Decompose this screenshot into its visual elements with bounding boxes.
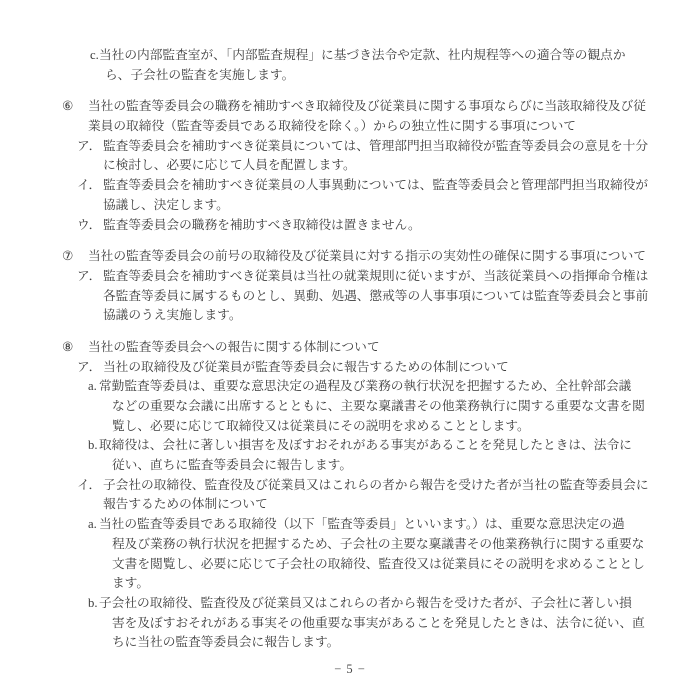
list-marker: a.: [88, 377, 97, 397]
text-line: 覧し、必要に応じて取締役又は従業員にその説明を求めることとします。: [112, 417, 700, 437]
paragraph-section-7: ⑦当社の監査等委員会の前号の取締役及び従業員に対する指示の実効性の確保に関する事…: [0, 247, 700, 267]
list-marker: ウ．: [77, 216, 101, 236]
paragraph-section-6-a: ア．監査等委員会を補助すべき従業員については、管理部門担当取締役が監査等委員会の…: [0, 137, 700, 176]
text-line: 協議し、決定します。: [103, 196, 700, 216]
page-number: − 5 −: [334, 662, 366, 676]
text-line: 協議のうえ実施します。: [103, 306, 700, 326]
text-line: 監査等委員会を補助すべき従業員については、管理部門担当取締役が監査等委員会の意見…: [103, 137, 700, 157]
text-line: に検討し、必要に応じて人員を配置します。: [103, 156, 700, 176]
page-footer: − 5 −: [0, 662, 700, 677]
text-line: 当社の監査等委員会の前号の取締役及び従業員に対する指示の実効性の確保に関する事項…: [88, 247, 700, 267]
text-line: 各監査等委員に属するものとし、異動、処遇、懲戒等の人事事項については監査等委員会…: [103, 287, 700, 307]
list-marker: イ．: [77, 176, 101, 196]
paragraph-section-6-i: イ．監査等委員会を補助すべき従業員の人事異動については、監査等委員会と管理部門担…: [0, 176, 700, 215]
list-marker: b.: [88, 594, 98, 614]
text-line: 当社の監査等委員である取締役（以下「監査等委員」といいます。）は、重要な意思決定…: [99, 515, 700, 535]
list-marker: イ．: [77, 476, 101, 496]
text-line: 子会社の取締役、監査役及び従業員又はこれらの者から報告を受けた者が、子会社に著し…: [99, 594, 700, 614]
text-line: 監査等委員会の職務を補助すべき取締役は置きません。: [103, 216, 700, 236]
text-line: 報告するための体制について: [103, 495, 700, 515]
text-line: 文書を閲覧し、必要に応じて子会社の取締役、監査役又は従業員にその説明を求めること…: [112, 555, 700, 575]
text-line: 子会社の取締役、監査役及び従業員又はこれらの者から報告を受けた者が当社の監査等委…: [103, 476, 700, 496]
text-line: ます。: [112, 574, 700, 594]
text-line: 従い、直ちに監査等委員会に報告します。: [112, 456, 700, 476]
list-marker: a.: [88, 515, 97, 535]
text-line: 当社の取締役及び従業員が監査等委員会に報告するための体制について: [103, 358, 700, 378]
text-line: ちに当社の監査等委員会に報告します。: [112, 633, 700, 653]
list-marker: c.: [90, 46, 99, 66]
paragraph-section-8-i-a: a.当社の監査等委員である取締役（以下「監査等委員」といいます。）は、重要な意思…: [0, 515, 700, 594]
text-line: 当社の内部監査室が、「内部監査規程」に基づき法令や定款、社内規程等への適合等の観…: [99, 46, 700, 66]
text-line: 取締役は、会社に著しい損害を及ぼすおそれがある事実があることを発見したときは、法…: [99, 436, 700, 456]
list-marker: ア．: [77, 267, 101, 287]
paragraph-section-6: ⑥当社の監査等委員会の職務を補助すべき取締役及び従業員に関する事項ならびに当該取…: [0, 97, 700, 136]
paragraph-section-8-a-a: a.常勤監査等委員は、重要な意思決定の過程及び業務の執行状況を把握するため、全社…: [0, 377, 700, 436]
text-line: 業員の取締役（監査等委員である取締役を除く。）からの独立性に関する事項について: [88, 117, 700, 137]
text-line: などの重要な会議に出席するとともに、主要な稟議書その他業務執行に関する重要な文書…: [112, 397, 700, 417]
list-marker: ⑧: [62, 338, 73, 358]
list-marker: ⑦: [62, 247, 73, 267]
text-line: 監査等委員会を補助すべき従業員の人事異動については、監査等委員会と管理部門担当取…: [103, 176, 700, 196]
paragraph-section-8: ⑧当社の監査等委員会への報告に関する体制について: [0, 338, 700, 358]
paragraph-section-8-a: ア．当社の取締役及び従業員が監査等委員会に報告するための体制について: [0, 358, 700, 378]
paragraph-section-8-i: イ．子会社の取締役、監査役及び従業員又はこれらの者から報告を受けた者が当社の監査…: [0, 476, 700, 515]
list-marker: b.: [88, 436, 98, 456]
text-line: 当社の監査等委員会への報告に関する体制について: [88, 338, 700, 358]
document-page: c.当社の内部監査室が、「内部監査規程」に基づき法令や定款、社内規程等への適合等…: [0, 0, 700, 700]
paragraph-section-8-i-b: b.子会社の取締役、監査役及び従業員又はこれらの者から報告を受けた者が、子会社に…: [0, 594, 700, 653]
paragraph-section-7-a: ア．監査等委員会を補助すべき従業員は当社の就業規則に従いますが、当該従業員への指…: [0, 267, 700, 326]
text-line: 害を及ぼすおそれがある事実その他重要な事実があることを発見したときは、法令に従い…: [112, 614, 700, 634]
text-line: 監査等委員会を補助すべき従業員は当社の就業規則に従いますが、当該従業員への指揮命…: [103, 267, 700, 287]
text-line: 当社の監査等委員会の職務を補助すべき取締役及び従業員に関する事項ならびに当該取締…: [88, 97, 700, 117]
text-line: 常勤監査等委員は、重要な意思決定の過程及び業務の執行状況を把握するため、全社幹部…: [99, 377, 700, 397]
list-marker: ア．: [77, 137, 101, 157]
document-body: c.当社の内部監査室が、「内部監査規程」に基づき法令や定款、社内規程等への適合等…: [0, 46, 700, 653]
paragraph-section-8-a-b: b.取締役は、会社に著しい損害を及ぼすおそれがある事実があることを発見したときは…: [0, 436, 700, 475]
text-line: 程及び業務の執行状況を把握するため、子会社の主要な稟議書その他業務執行に関する重…: [112, 535, 700, 555]
list-marker: ア．: [77, 358, 101, 378]
text-line: ら、子会社の監査を実施します。: [105, 66, 700, 86]
paragraph-item-c: c.当社の内部監査室が、「内部監査規程」に基づき法令や定款、社内規程等への適合等…: [0, 46, 700, 85]
paragraph-section-6-u: ウ．監査等委員会の職務を補助すべき取締役は置きません。: [0, 216, 700, 236]
list-marker: ⑥: [62, 97, 73, 117]
